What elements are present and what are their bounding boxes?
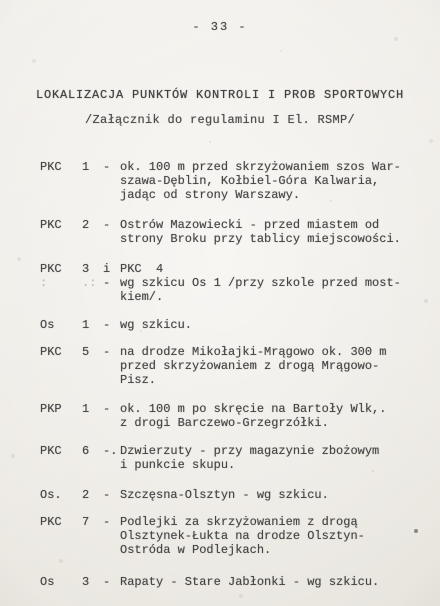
entry-label: Os.	[40, 488, 82, 502]
entry-label: PKC	[40, 444, 82, 458]
list-item-pkc-2: PKC 2 - Ostrów Mazowiecki - przed miaste…	[40, 218, 414, 246]
list-item-pkc-1: PKC 1 - ok. 100 m przed skrzyżowaniem sz…	[40, 160, 414, 202]
entry-dash: -	[103, 488, 120, 502]
entry-dash: -	[103, 402, 120, 416]
entry-body: PKC 4	[120, 262, 414, 276]
entry-label: PKC	[40, 262, 82, 276]
document-page: - 33 - LOKALIZACJA PUNKTÓW KONTROLI I PR…	[0, 0, 440, 606]
entry-body: ok. 100 m po skręcie na Bartoły Wlk,. z …	[120, 402, 414, 430]
entry-number: 1	[82, 318, 103, 332]
entry-number-ghost: .:	[82, 276, 103, 290]
entry-number: 1	[82, 402, 103, 416]
entry-number: 3	[82, 575, 103, 589]
entry-dash: i	[103, 262, 120, 276]
entry-body: Ostrów Mazowiecki - przed miastem od str…	[120, 218, 414, 246]
entry-dash: -	[103, 160, 120, 174]
entry-dash: -	[103, 345, 120, 359]
page-subtitle: /Załącznik do regulaminu I El. RSMP/	[0, 113, 440, 127]
entry-body: ok. 100 m przed skrzyżowaniem szos War- …	[120, 160, 414, 202]
list-item-os-1: Os 1 - wg szkicu.	[40, 318, 414, 332]
paper-noise	[0, 0, 2, 2]
entry-dash: -	[103, 575, 120, 589]
entry-dash: -	[103, 218, 120, 232]
entry-number: 7	[82, 515, 103, 529]
list-item-pkc-5: PKC 5 - na drodze Mikołajki-Mrągowo ok. …	[40, 345, 414, 387]
list-item-pkp-1: PKP 1 - ok. 100 m po skręcie na Bartoły …	[40, 402, 414, 430]
entry-body: Podlejki za skrzyżowaniem z drogą Olszty…	[120, 515, 414, 557]
checkpoint-list: PKC 1 - ok. 100 m przed skrzyżowaniem sz…	[0, 160, 440, 589]
entry-dash: -	[103, 318, 120, 332]
list-item-pkc-3-4-body: : .: - wg szkicu Os 1 /przy szkole przed…	[40, 276, 414, 304]
page-title: LOKALIZACJA PUNKTÓW KONTROLI I PROB SPOR…	[0, 88, 440, 102]
list-item-pkc-7: PKC 7 - Podlejki za skrzyżowaniem z drog…	[40, 515, 414, 557]
entry-number: 3	[82, 262, 103, 276]
entry-number: 1	[82, 160, 103, 174]
entry-body: Szczęsna-Olsztyn - wg szkicu.	[120, 488, 414, 502]
entry-dash: -	[103, 276, 120, 290]
list-item-pkc-6: PKC 6 -. Dzwierzuty - przy magazynie zbo…	[40, 444, 414, 472]
entry-body: na drodze Mikołajki-Mrągowo ok. 300 m pr…	[120, 345, 414, 387]
entry-number: 2	[82, 488, 103, 502]
entry-label-ghost: :	[40, 276, 82, 290]
entry-dash: -	[103, 515, 120, 529]
entry-label: Os	[40, 575, 82, 589]
entry-number: 2	[82, 218, 103, 232]
entry-body: wg szkicu.	[120, 318, 414, 332]
entry-number: 5	[82, 345, 103, 359]
entry-label: PKC	[40, 160, 82, 174]
entry-label: PKC	[40, 345, 82, 359]
entry-body: Rapaty - Stare Jabłonki - wg szkicu.	[120, 575, 414, 589]
list-item-os-2: Os. 2 - Szczęsna-Olsztyn - wg szkicu.	[40, 488, 414, 502]
page-number: - 33 -	[0, 0, 440, 34]
entry-body: wg szkicu Os 1 /przy szkole przed most- …	[120, 276, 414, 304]
entry-label: Os	[40, 318, 82, 332]
entry-label: PKP	[40, 402, 82, 416]
entry-label: PKC	[40, 218, 82, 232]
entry-dash: -.	[103, 444, 120, 458]
entry-body: Dzwierzuty - przy magazynie zbożowym i p…	[120, 444, 414, 472]
list-item-pkc-3-4-head: PKC 3 i PKC 4	[40, 262, 414, 276]
entry-number: 6	[82, 444, 103, 458]
entry-label: PKC	[40, 515, 82, 529]
list-item-os-3: Os 3 - Rapaty - Stare Jabłonki - wg szki…	[40, 575, 414, 589]
